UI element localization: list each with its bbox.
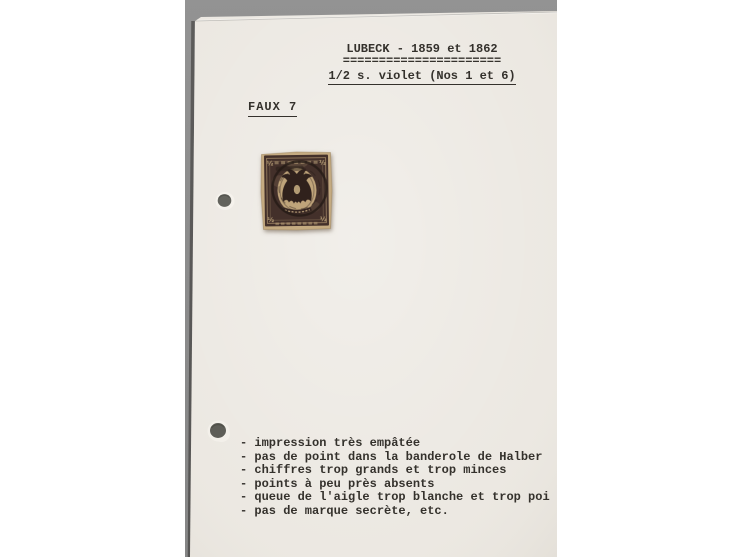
note-line: - pas de marque secrète, etc. — [240, 505, 557, 519]
album-page-photo: LUBECK - 1859 et 1862 ==================… — [185, 0, 557, 557]
punch-hole-top — [216, 192, 235, 210]
note-line: - queue de l'aigle trop blanche et trop … — [240, 491, 557, 505]
postage-stamp: ½ ½ ½ ½ — [259, 150, 334, 231]
header-subtitle: 1/2 s. violet (Nos 1 et 6) — [324, 69, 520, 83]
note-line: - impression très empâtée — [240, 437, 557, 451]
svg-text:½: ½ — [320, 215, 327, 223]
svg-text:½: ½ — [267, 159, 274, 167]
header-separator: ====================== — [324, 57, 520, 66]
svg-text:½: ½ — [319, 159, 326, 167]
photo-canvas: LUBECK - 1859 et 1862 ==================… — [0, 0, 740, 557]
page-header: LUBECK - 1859 et 1862 ==================… — [324, 43, 520, 83]
note-line: - chiffres trop grands et trop minces — [240, 464, 557, 478]
note-line: - pas de point dans la banderole de Halb… — [240, 451, 557, 465]
notes-list: - impression très empâtée - pas de point… — [240, 437, 557, 519]
note-line: - points à peu près absents — [240, 478, 557, 492]
faux-label: FAUX 7 — [248, 100, 297, 114]
svg-text:½: ½ — [267, 216, 274, 224]
